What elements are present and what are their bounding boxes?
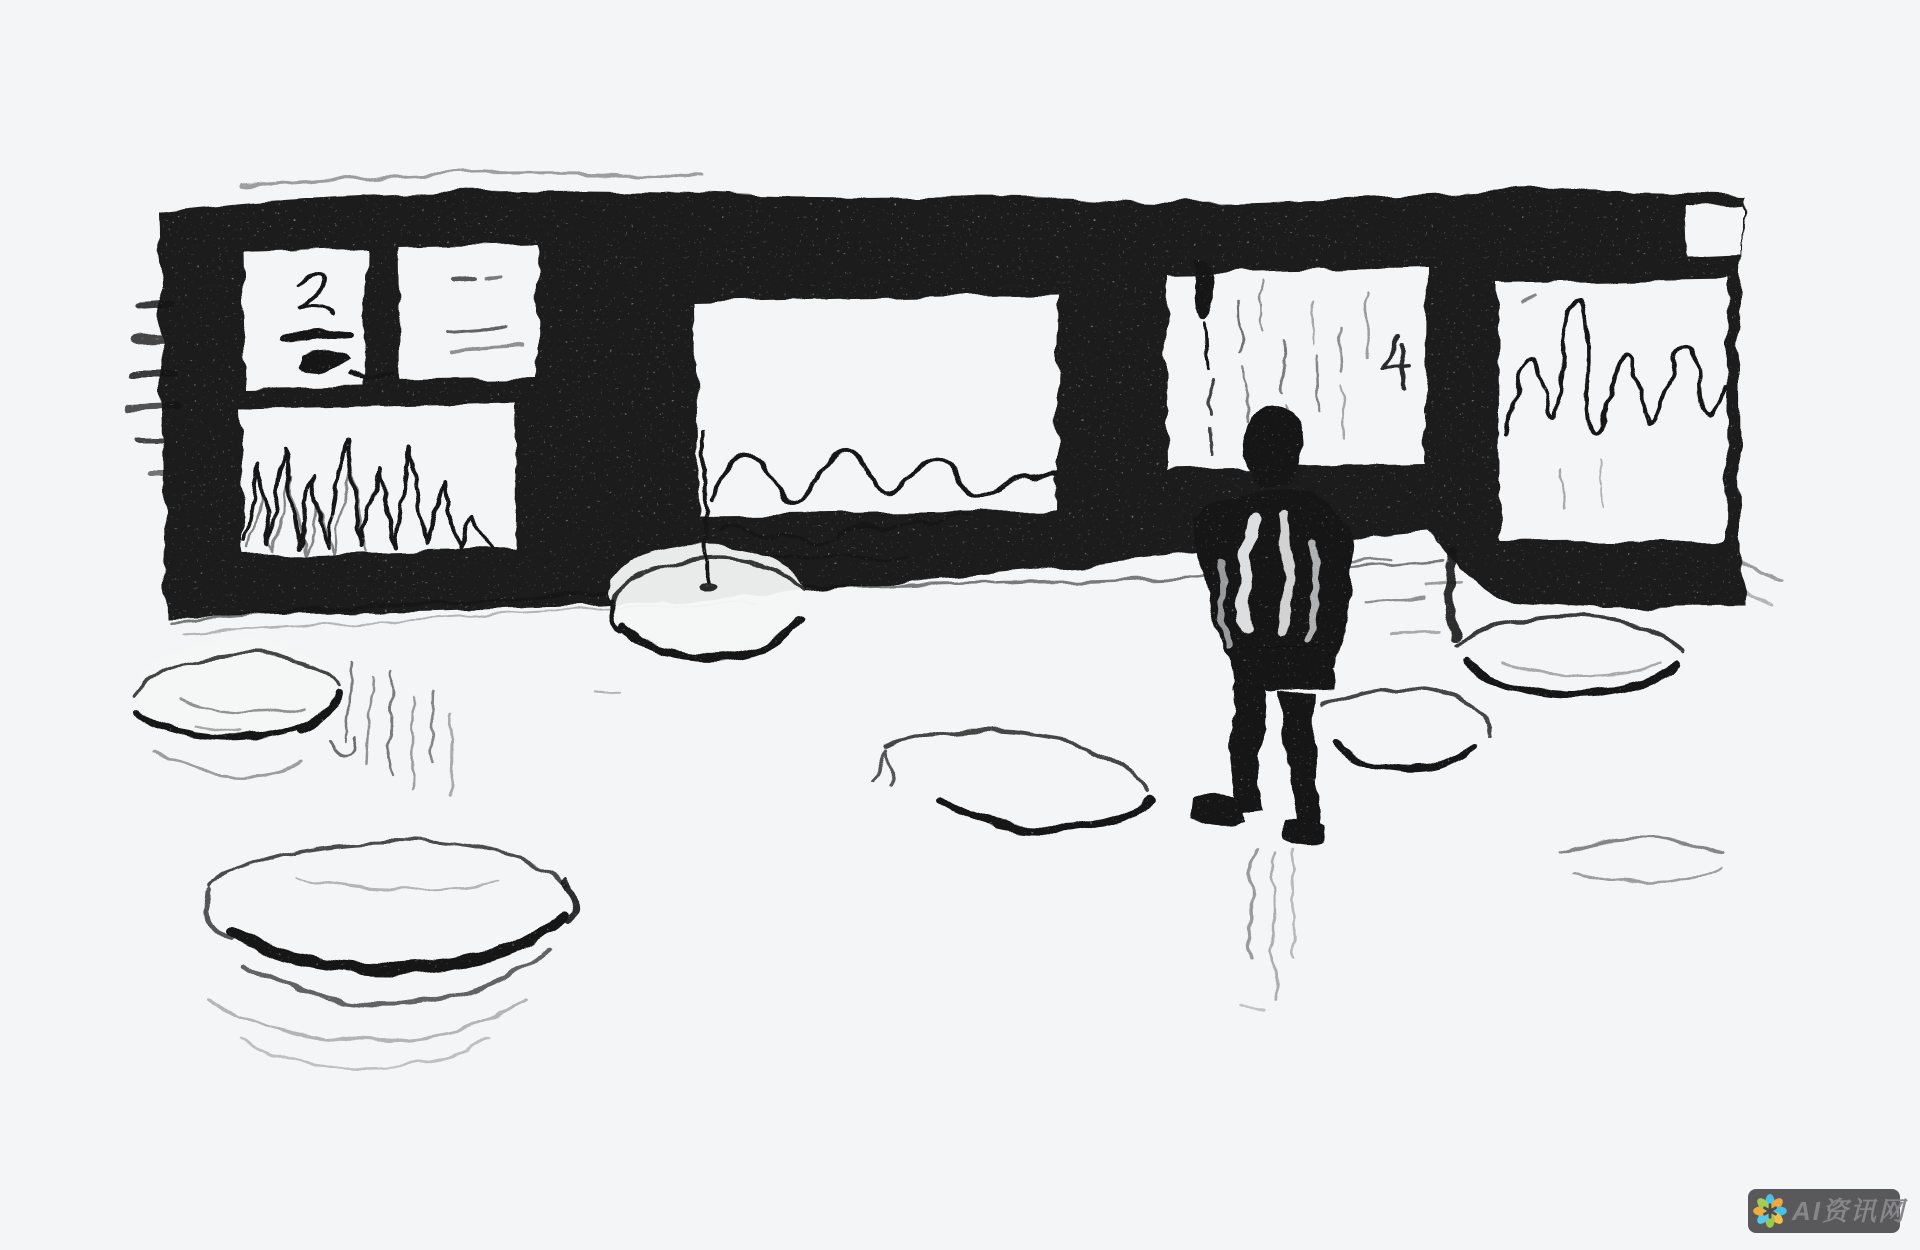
wall-top-notch <box>1686 204 1740 256</box>
flower-logo-icon <box>1753 1194 1787 1228</box>
figure-foot-right <box>1282 820 1324 846</box>
wall-top-outline <box>240 173 700 186</box>
figure-head <box>1244 407 1302 486</box>
sketch-drawing <box>0 0 1920 1250</box>
sketch-canvas: AI资讯网 <box>0 0 1920 1250</box>
pedestal-table-bottom <box>874 731 1152 829</box>
figure-leg-left <box>1231 690 1266 814</box>
pedestal-table-front <box>206 842 575 1070</box>
monitor-screen-small-2 <box>398 243 538 380</box>
watermark-badge: AI资讯网 <box>1748 1189 1900 1233</box>
watermark-text: AI资讯网 <box>1792 1198 1906 1224</box>
figure-foot-left <box>1188 793 1244 827</box>
screen-far-right <box>1498 278 1728 542</box>
figure-hips <box>1228 642 1334 694</box>
figure-leg-right <box>1278 692 1320 832</box>
monitor-wall <box>130 173 1782 616</box>
pedestal-table-corner <box>1560 838 1722 885</box>
screen-center <box>695 294 1058 516</box>
figure-reflection <box>1240 848 1294 1010</box>
pedestal-table-beside-figure <box>1322 687 1490 769</box>
pedestal-table-left <box>134 640 338 776</box>
wall-right-tail-scribbles <box>1738 566 1782 604</box>
